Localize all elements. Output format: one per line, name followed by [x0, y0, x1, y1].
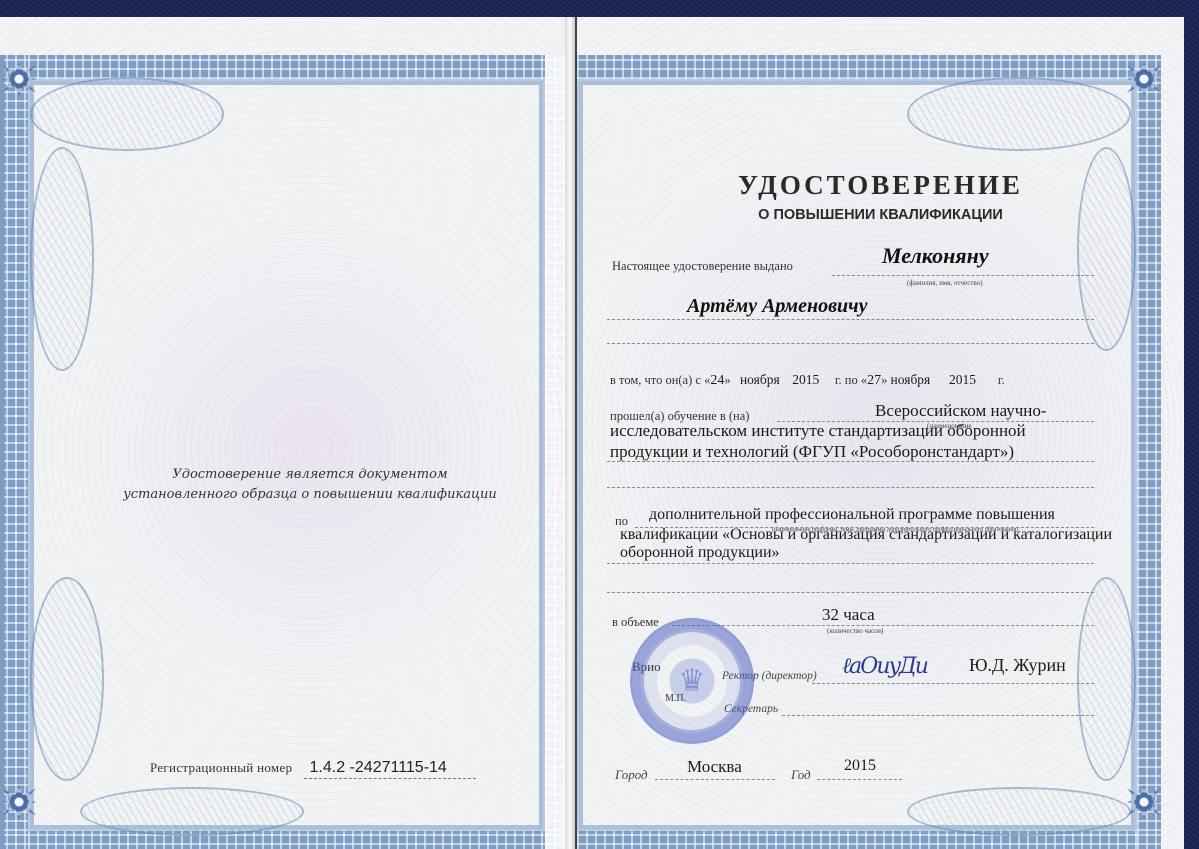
statement-line: установленного образца о повышении квали…	[120, 485, 500, 505]
end-year: 2015	[949, 372, 976, 387]
field-hint: (количество часов)	[827, 627, 883, 635]
fill-line	[607, 319, 1094, 320]
eagle-emblem-icon: ♛	[679, 664, 706, 699]
certificate-title: УДОСТОВЕРЕНИЕ	[577, 170, 1184, 201]
start-day: 24	[710, 373, 724, 388]
signature-line	[812, 683, 1094, 684]
guilloche-swirl	[907, 787, 1131, 836]
registration-number-row: Регистрационный номер 1.4.2 -24271115-14	[150, 759, 476, 779]
guilloche-swirl	[907, 77, 1131, 151]
statement-line: Удостоверение является документом	[120, 465, 500, 485]
book-spine	[565, 17, 575, 849]
volume-hours: 32 часа	[822, 605, 875, 625]
year-label: Год	[791, 767, 811, 783]
guilloche-swirl	[30, 147, 94, 371]
program-name-line: дополнительной профессиональной программ…	[649, 506, 1055, 524]
end-month: ноября	[891, 372, 931, 387]
rector-signature: ℓaOиyДи	[842, 653, 927, 679]
signature-line	[782, 715, 1094, 716]
start-year: 2015	[792, 372, 819, 387]
fill-line	[832, 275, 1094, 276]
left-page: Удостоверение является документом устано…	[0, 17, 565, 849]
fill-line	[672, 625, 1094, 626]
issued-to-label: Настоящее удостоверение выдано	[612, 259, 793, 274]
fill-line	[607, 487, 1094, 488]
fill-line	[655, 779, 775, 780]
guilloche-swirl	[1077, 577, 1136, 781]
city-label: Город	[615, 767, 648, 783]
fill-line	[607, 563, 1094, 564]
signatory-name: Ю.Д. Журин	[969, 655, 1066, 676]
document-statement: Удостоверение является документом устано…	[120, 465, 500, 505]
fill-line	[607, 343, 1094, 344]
registration-number: 1.4.2 -24271115-14	[304, 759, 476, 779]
guilloche-swirl	[30, 577, 104, 781]
registration-label: Регистрационный номер	[150, 760, 292, 775]
field-hint: (фамилия, имя, отчество)	[907, 279, 983, 287]
official-seal-stamp: ♛	[630, 618, 754, 744]
volume-label: в объеме	[612, 615, 659, 630]
recipient-given-names: Артёму Арменовичу	[687, 295, 868, 318]
institution-name-line: продукции и технологий (ФГУП «Рособоронс…	[610, 442, 1014, 462]
fill-line	[817, 779, 902, 780]
program-name-line: оборонной продукции»	[620, 544, 780, 562]
institution-name-line: исследовательском институте стандартизац…	[610, 421, 1026, 441]
guilloche-swirl	[80, 787, 304, 836]
end-day: 27	[867, 373, 881, 388]
institution-name-line: Всероссийском научно-	[875, 401, 1047, 421]
recipient-surname: Мелконяну	[882, 243, 989, 269]
city-value: Москва	[687, 757, 742, 777]
program-name-line: квалификации «Основы и организация станд…	[620, 526, 1112, 544]
training-period: в том, что он(а) с «24» ноября 2015 г. п…	[610, 372, 1005, 389]
fill-line	[607, 592, 1094, 593]
start-month: ноября	[740, 372, 780, 387]
guilloche-swirl	[30, 77, 224, 151]
certificate-subtitle: О ПОВЫШЕНИИ КВАЛИФИКАЦИИ	[577, 207, 1184, 223]
year-value: 2015	[844, 757, 876, 775]
